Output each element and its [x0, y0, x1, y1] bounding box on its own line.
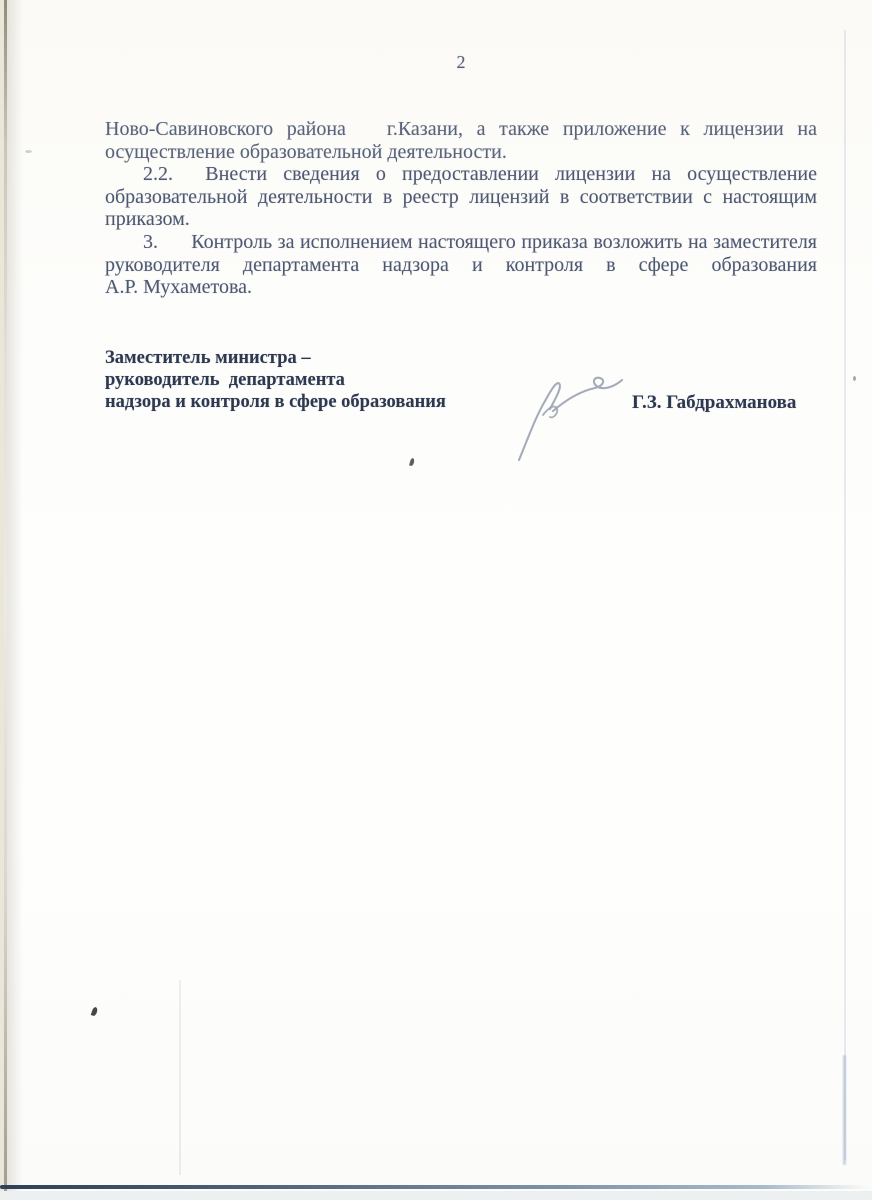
body-line: А.Р. Мухаметова. [105, 276, 817, 299]
ink-speck [91, 1006, 99, 1016]
scan-right-fold-line [844, 30, 846, 1160]
signer-title: Заместитель министра – руководитель депа… [105, 347, 575, 413]
page-number: 2 [105, 52, 817, 73]
body-line: осуществление образовательной деятельнос… [105, 141, 817, 164]
ink-speck [853, 376, 856, 381]
body-line: Ново-Савиновского района г.Казани, а так… [105, 118, 817, 141]
body-line: руководителя департамента надзора и конт… [105, 254, 817, 277]
body-line: образовательной деятельности в реестр ли… [105, 186, 817, 209]
body-line: 2.2. Внести сведения о предоставлении ли… [105, 163, 817, 186]
signer-title-line: Заместитель министра – [105, 347, 575, 369]
signer-name: Г.З. Габдрахманова [632, 392, 796, 414]
scan-right-fold-mark [843, 1055, 846, 1165]
document-content: 2 Ново-Савиновского района г.Казани, а т… [105, 0, 817, 1200]
scanned-document-page: 2 Ново-Савиновского района г.Казани, а т… [0, 0, 872, 1200]
ink-speck [25, 150, 32, 153]
signer-title-line: руководитель департамента [105, 369, 575, 391]
handwritten-signature-icon [507, 363, 629, 463]
signer-title-line: надзора и контроля в сфере образования [105, 391, 575, 413]
document-body: Ново-Савиновского района г.Казани, а так… [105, 118, 817, 299]
scan-left-edge-shadow [7, 0, 23, 1200]
body-line: приказом. [105, 208, 817, 231]
body-line: 3. Контроль за исполнением настоящего пр… [105, 231, 817, 254]
signature-block: Заместитель министра – руководитель депа… [105, 347, 817, 477]
